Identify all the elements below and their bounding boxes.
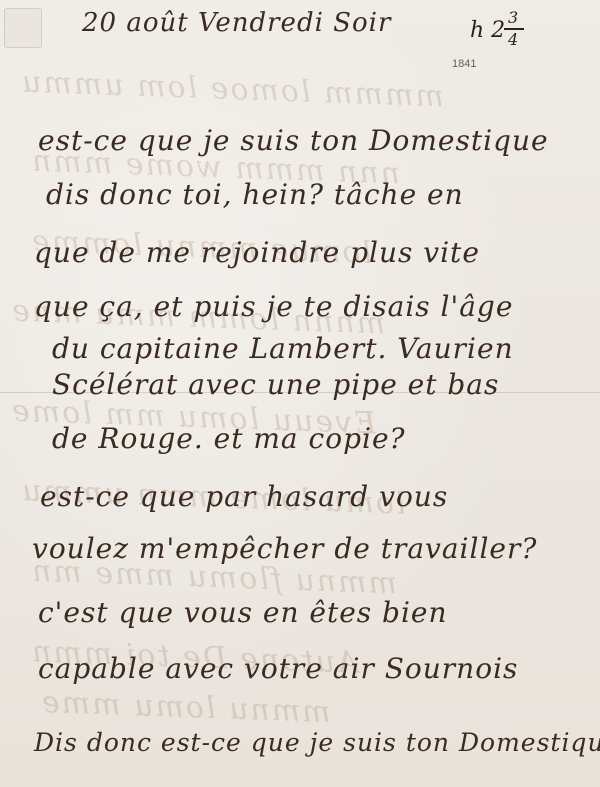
archive-stamp xyxy=(4,8,42,48)
letter-line: est-ce que je suis ton Domestique xyxy=(38,124,549,157)
letter-line: voulez m'empêcher de travailler? xyxy=(32,532,537,565)
letter-page: mmmm lomoe lom ummu nnn mmm wome mmn lom… xyxy=(0,0,600,787)
time-prefix: h 2 xyxy=(470,18,505,43)
bleed-through-text: mmmm lomoe lom ummu xyxy=(20,65,445,115)
letter-line: est-ce que par hasard vous xyxy=(40,480,448,513)
letter-line: Dis donc est-ce que je suis ton Domestiq… xyxy=(34,728,600,757)
time-fraction-denominator: 4 xyxy=(508,30,518,49)
letter-line: que ça, et puis je te disais l'âge xyxy=(34,290,513,323)
date-line: 20 août Vendredi Soir xyxy=(82,8,391,38)
time-fraction-numerator: 3 xyxy=(508,8,518,27)
letter-line: dis donc toi, hein? tâche en xyxy=(46,178,464,211)
bleed-through-text: mmnu lomu mme xyxy=(39,685,331,730)
time-annotation: h 2 3 4 xyxy=(470,18,505,43)
letter-line: Scélérat avec une pipe et bas xyxy=(52,368,499,401)
letter-line: de Rouge. et ma copie? xyxy=(52,422,406,455)
year-annotation: 1841 xyxy=(452,58,476,70)
letter-line: du capitaine Lambert. Vaurien xyxy=(52,332,514,365)
letter-line: capable avec votre air Sournois xyxy=(38,652,518,685)
letter-line: que de me rejoindre plus vite xyxy=(34,236,480,269)
letter-line: c'est que vous en êtes bien xyxy=(38,596,448,629)
